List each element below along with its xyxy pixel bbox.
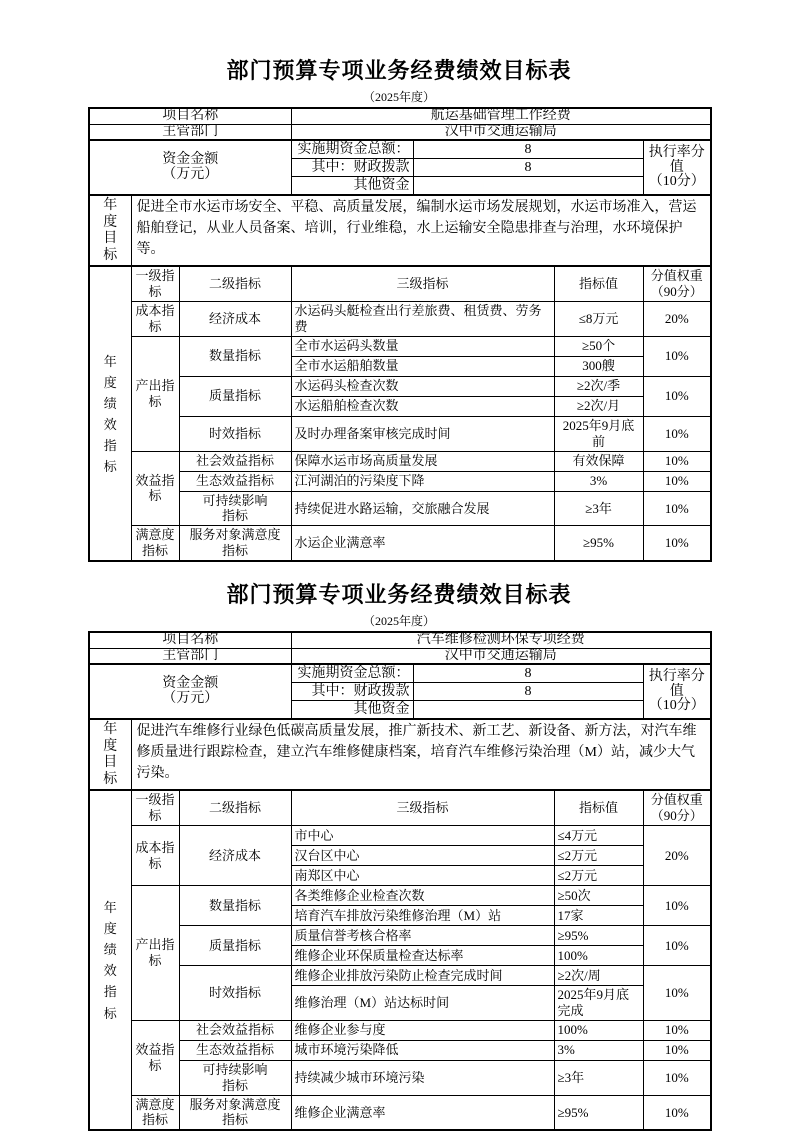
level2-indicator: 经济成本	[179, 302, 291, 337]
level3-indicator: 城市环境污染降低	[291, 1040, 554, 1060]
budget-performance-table-1: 项目名称 航运基础管理工作经费 主管部门 汉中市交通运输局 资金金额 （万元） …	[88, 107, 712, 562]
header-level3-indicator: 三级指标	[291, 266, 554, 301]
other-funds-value	[413, 701, 643, 720]
header-score-weight: 分值权重 （90分）	[643, 790, 711, 825]
level3-indicator: 及时办理备案审核完成时间	[291, 416, 554, 451]
page: 部门预算专项业务经费绩效目标表 （2025年度） 项目名称 航运基础管理工作经费…	[88, 0, 710, 1131]
side-label-annual-performance: 年 度 绩 效 指 标	[89, 266, 131, 561]
level1-indicator: 成本指 标	[131, 826, 179, 886]
level3-indicator: 质量信誉考核合格率	[291, 926, 554, 946]
indicator-value: 2025年9月底完成	[554, 986, 643, 1021]
funding-total-value: 8	[413, 140, 643, 159]
indicator-value: ≥2次/季	[554, 376, 643, 396]
funding-total-label: 实施期资金总额：	[291, 140, 413, 159]
level3-indicator: 全市水运船舶数量	[291, 356, 554, 376]
level2-indicator: 数量指标	[179, 336, 291, 376]
level2-indicator: 服务对象满意度 指标	[179, 526, 291, 561]
header-indicator-value: 指标值	[554, 266, 643, 301]
dept-value: 汉中市交通运输局	[291, 648, 711, 664]
indicator-value: 100%	[554, 1020, 643, 1040]
level1-indicator: 效益指 标	[131, 1020, 179, 1095]
indicator-value: ≥2次/周	[554, 966, 643, 986]
funding-amount-label: 资金金额 （万元）	[89, 664, 291, 719]
annual-goal-text: 促进汽车维修行业绿色低碳高质量发展，推广新技术、新工艺、新设备、新方法，对汽车维…	[131, 719, 711, 790]
project-name-value: 航运基础管理工作经费	[291, 108, 711, 124]
project-name-label: 项目名称	[89, 108, 291, 124]
score-weight-value: 10%	[643, 926, 711, 966]
level2-indicator: 可持续影响 指标	[179, 1060, 291, 1095]
exec-rate-score-label: 执行率分值 （10分）	[643, 140, 711, 195]
budget-performance-report-2: 部门预算专项业务经费绩效目标表 （2025年度） 项目名称 汽车维修检测环保专项…	[88, 578, 710, 1131]
header-score-weight: 分值权重 （90分）	[643, 266, 711, 301]
level2-indicator: 数量指标	[179, 886, 291, 926]
level1-indicator: 成本指 标	[131, 302, 179, 337]
level3-indicator: 全市水运码头数量	[291, 336, 554, 356]
fiscal-allocation-label: 其中：财政拨款	[291, 683, 413, 701]
level3-indicator: 维修企业满意率	[291, 1095, 554, 1130]
level3-indicator: 维修企业环保质量检查达标率	[291, 946, 554, 966]
fiscal-allocation-value: 8	[413, 159, 643, 177]
level2-indicator: 社会效益指标	[179, 1020, 291, 1040]
score-weight-value: 10%	[643, 966, 711, 1021]
header-level1-indicator: 一级指 标	[131, 266, 179, 301]
score-weight-value: 20%	[643, 826, 711, 886]
level3-indicator: 维修治理（M）站达标时间	[291, 986, 554, 1021]
level1-indicator: 效益指 标	[131, 451, 179, 526]
fiscal-allocation-label: 其中：财政拨款	[291, 159, 413, 177]
level3-indicator: 维修企业排放污染防止检查完成时间	[291, 966, 554, 986]
level3-indicator: 汉台区中心	[291, 846, 554, 866]
funding-total-value: 8	[413, 664, 643, 683]
level1-indicator: 满意度 指标	[131, 1095, 179, 1130]
header-level1-indicator: 一级指 标	[131, 790, 179, 825]
annual-goal-label: 年 度 目 标	[89, 719, 131, 790]
project-name-label: 项目名称	[89, 632, 291, 648]
score-weight-value: 10%	[643, 416, 711, 451]
level2-indicator: 服务对象满意度 指标	[179, 1095, 291, 1130]
other-funds-label: 其他资金	[291, 701, 413, 720]
level3-indicator: 持续减少城市环境污染	[291, 1060, 554, 1095]
level3-indicator: 培育汽车排放污染维修治理（M）站	[291, 906, 554, 926]
exec-rate-score-label: 执行率分值 （10分）	[643, 664, 711, 719]
level3-indicator: 维修企业参与度	[291, 1020, 554, 1040]
score-weight-value: 10%	[643, 1020, 711, 1040]
level1-indicator: 满意度 指标	[131, 526, 179, 561]
score-weight-value: 10%	[643, 1060, 711, 1095]
score-weight-value: 10%	[643, 376, 711, 416]
indicator-value: ≤2万元	[554, 846, 643, 866]
fiscal-allocation-value: 8	[413, 683, 643, 701]
level2-indicator: 可持续影响 指标	[179, 491, 291, 526]
level3-indicator: 南郑区中心	[291, 866, 554, 886]
indicator-value: 3%	[554, 1040, 643, 1060]
indicator-value: ≤8万元	[554, 302, 643, 337]
indicator-value: 有效保障	[554, 451, 643, 471]
level3-indicator: 各类维修企业检查次数	[291, 886, 554, 906]
dept-label: 主管部门	[89, 648, 291, 664]
annual-goal-text: 促进全市水运市场安全、平稳、高质量发展，编制水运市场发展规划，水运市场准入，营运…	[131, 195, 711, 266]
level3-indicator: 水运船舶检查次数	[291, 396, 554, 416]
level2-indicator: 经济成本	[179, 826, 291, 886]
score-weight-value: 10%	[643, 886, 711, 926]
project-name-value: 汽车维修检测环保专项经费	[291, 632, 711, 648]
indicator-value: ≥95%	[554, 1095, 643, 1130]
level2-indicator: 时效指标	[179, 416, 291, 451]
indicator-value: 17家	[554, 906, 643, 926]
level3-indicator: 水运企业满意率	[291, 526, 554, 561]
level1-indicator: 产出指 标	[131, 336, 179, 451]
indicator-value: ≥2次/月	[554, 396, 643, 416]
score-weight-value: 10%	[643, 336, 711, 376]
level2-indicator: 质量指标	[179, 926, 291, 966]
indicator-value: ≥50个	[554, 336, 643, 356]
level2-indicator: 生态效益指标	[179, 1040, 291, 1060]
level2-indicator: 质量指标	[179, 376, 291, 416]
score-weight-value: 10%	[643, 526, 711, 561]
annual-goal-label: 年 度 目 标	[89, 195, 131, 266]
indicator-value: ≥50次	[554, 886, 643, 906]
indicator-value: ≤2万元	[554, 866, 643, 886]
dept-value: 汉中市交通运输局	[291, 124, 711, 140]
level3-indicator: 持续促进水路运输，交旅融合发展	[291, 491, 554, 526]
score-weight-value: 10%	[643, 1095, 711, 1130]
header-level2-indicator: 二级指标	[179, 266, 291, 301]
header-level2-indicator: 二级指标	[179, 790, 291, 825]
other-funds-value	[413, 177, 643, 196]
indicator-value: 100%	[554, 946, 643, 966]
level1-indicator: 产出指 标	[131, 886, 179, 1021]
funding-total-label: 实施期资金总额：	[291, 664, 413, 683]
indicator-value: 300艘	[554, 356, 643, 376]
indicator-value: ≥3年	[554, 491, 643, 526]
level3-indicator: 江河湖泊的污染度下降	[291, 471, 554, 491]
report-title: 部门预算专项业务经费绩效目标表	[88, 578, 710, 609]
header-indicator-value: 指标值	[554, 790, 643, 825]
indicator-value: ≥3年	[554, 1060, 643, 1095]
budget-performance-table-2: 项目名称 汽车维修检测环保专项经费 主管部门 汉中市交通运输局 资金金额 （万元…	[88, 631, 712, 1131]
score-weight-value: 20%	[643, 302, 711, 337]
header-level3-indicator: 三级指标	[291, 790, 554, 825]
level2-indicator: 社会效益指标	[179, 451, 291, 471]
indicator-value: ≤4万元	[554, 826, 643, 846]
score-weight-value: 10%	[643, 491, 711, 526]
level3-indicator: 水运码头艇检查出行差旅费、租赁费、劳务费	[291, 302, 554, 337]
score-weight-value: 10%	[643, 451, 711, 471]
report-subtitle: （2025年度）	[88, 612, 710, 629]
budget-performance-report-1: 部门预算专项业务经费绩效目标表 （2025年度） 项目名称 航运基础管理工作经费…	[88, 54, 710, 562]
level3-indicator: 保障水运市场高质量发展	[291, 451, 554, 471]
level2-indicator: 生态效益指标	[179, 471, 291, 491]
other-funds-label: 其他资金	[291, 177, 413, 196]
report-subtitle: （2025年度）	[88, 88, 710, 105]
report-title: 部门预算专项业务经费绩效目标表	[88, 54, 710, 85]
funding-amount-label: 资金金额 （万元）	[89, 140, 291, 195]
indicator-value: 2025年9月底前	[554, 416, 643, 451]
indicator-value: 3%	[554, 471, 643, 491]
indicator-value: ≥95%	[554, 526, 643, 561]
level3-indicator: 水运码头检查次数	[291, 376, 554, 396]
score-weight-value: 10%	[643, 1040, 711, 1060]
level2-indicator: 时效指标	[179, 966, 291, 1021]
dept-label: 主管部门	[89, 124, 291, 140]
score-weight-value: 10%	[643, 471, 711, 491]
level3-indicator: 市中心	[291, 826, 554, 846]
indicator-value: ≥95%	[554, 926, 643, 946]
side-label-annual-performance: 年 度 绩 效 指 标	[89, 790, 131, 1130]
